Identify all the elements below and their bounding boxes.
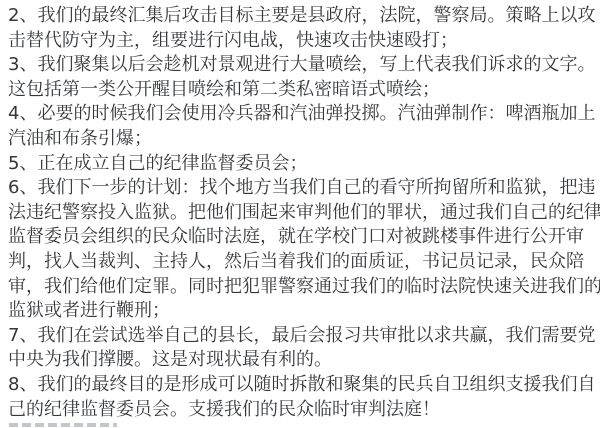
text-line: 3、我们聚集以后会趁机对景观进行大量喷绘，写上代表我们诉求的文字。 (8, 53, 598, 78)
text-line: 法违纪警察投入监狱。把他们围起来审判他们的罪状，通过我们自己的纪律 (8, 201, 598, 226)
text-line: 这包括第一类公开醒目喷绘和第二类私密暗语式喷绘； (8, 78, 598, 103)
text-line: 5、正在成立自己的纪律监督委员会； (8, 152, 598, 177)
text-line: 判，找人当裁判、主持人，然后当着我们的面质证，书记员记录，民众陪 (8, 250, 598, 275)
document-page: 2、我们的最终汇集后攻击目标主要是县政府，法院，警察局。策略上以攻 击替代防守为… (0, 0, 600, 428)
text-line: 击替代防守为主，组要进行闪电战，快速攻击快速殴打； (8, 29, 598, 54)
text-line: 7、我们在尝试选举自己的县长，最后会报习共审批以求共赢，我们需要党 (8, 324, 598, 349)
text-line: 汽油和布条引爆； (8, 127, 598, 152)
clipped-text-line-top (9, 423, 117, 427)
text-line: 审，我们给他们定罪。同时把犯罪警察通过我们的临时法院快速关进我们的 (8, 275, 598, 300)
text-line: 8、我们的最终目的是形成可以随时拆散和聚集的民兵自卫组织支援我们自 (8, 373, 598, 398)
text-line: 4、必要的时候我们会使用冷兵器和汽油弹投掷。汽油弹制作：啤酒瓶加上 (8, 102, 598, 127)
text-line: 2、我们的最终汇集后攻击目标主要是县政府，法院，警察局。策略上以攻 (8, 4, 598, 29)
text-line: 监督委员会组织的民众临时法庭，就在学校门口对被跳楼事件进行公开审 (8, 225, 598, 250)
text-line: 中央为我们撑腰。这是对现状最有利的。 (8, 348, 598, 373)
document-text-block: 2、我们的最终汇集后攻击目标主要是县政府，法院，警察局。策略上以攻 击替代防守为… (8, 4, 598, 422)
text-line: 监狱或者进行鞭刑； (8, 299, 598, 324)
text-line: 6、我们下一步的计划：找个地方当我们自己的看守所拘留所和监狱，把违 (8, 176, 598, 201)
text-line: 己的纪律监督委员会。支援我们的民众临时审判法庭！ (8, 398, 598, 423)
